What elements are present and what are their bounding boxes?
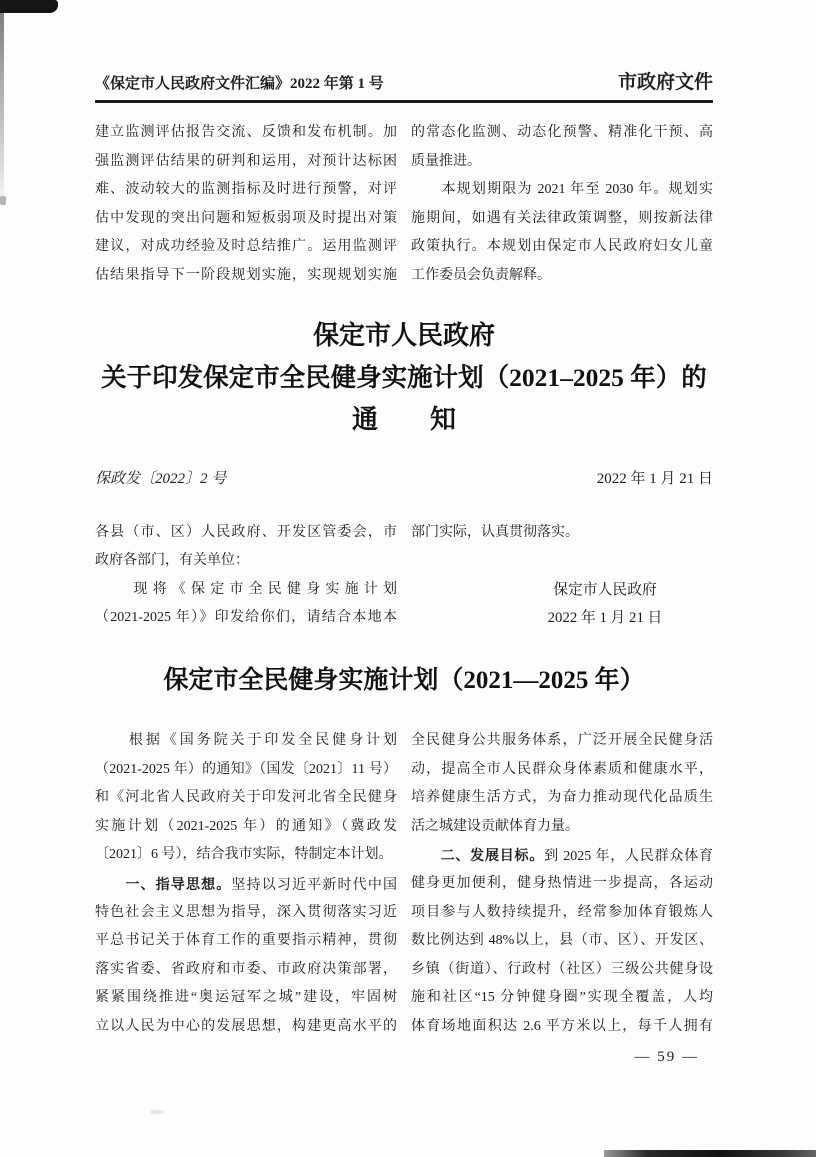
column-left: 建立监测评估报告交流、反馈和发布机制。加强监测评估结果的研判和运用，对预计达标困… [95, 119, 397, 291]
page-number: — 59 — [95, 1049, 713, 1066]
scan-artifact-left-speck [0, 196, 6, 205]
text-line: （2021-2025 年）》印发给你们，请结合本地本 [95, 604, 397, 633]
column-right: 的常态化监测、动态化预警、精准化干预、高质量推进。 本规划期限为 2021 年至… [411, 119, 713, 291]
signature-date: 2022 年 1 月 21 日 [411, 604, 713, 633]
text-line: 体育场地面积达 2.6 平方米以上，每千人拥有 [411, 1013, 713, 1042]
text-line: 全民健身公共服务体系，广泛开展全民健身活 [411, 727, 713, 756]
text-line: 和《河北省人民政府关于印发河北省全民健身 [95, 784, 397, 813]
text-line: 紧紧围绕推进“奥运冠军之城”建设，牢固树 [95, 984, 397, 1013]
notice-body-right-column: 部门实际，认真贯彻落实。 保定市人民政府 2022 年 1 月 21 日 [411, 519, 713, 633]
text-line: 施和社区“15 分钟健身圈”实现全覆盖，人均 [411, 984, 713, 1013]
notice-body-left-column: 各县（市、区）人民政府、开发区管委会，市政府各部门，有关单位： 现将《保定市全民… [95, 519, 397, 633]
text-line: 一、指导思想。坚持以习近平新时代中国 [95, 870, 397, 899]
text-line: 培养健康生活方式，为奋力推动现代化品质生 [411, 784, 713, 813]
plan-body-right-column: 全民健身公共服务体系，广泛开展全民健身活动，提高全市人民群众身体素质和健康水平，… [411, 727, 713, 1042]
doc-meta-row: 保政发〔2022〕2 号 2022 年 1 月 21 日 [95, 469, 713, 489]
notice-title-block: 保定市人民政府 关于印发保定市全民健身实施计划（2021–2025 年）的 通 … [95, 315, 713, 441]
text-line: 健身更加便利，健身热情进一步提高，各运动 [411, 870, 713, 899]
text-line: 项目参与人数持续提升，经常参加体育锻炼人 [411, 899, 713, 928]
header-doc-category: 市政府文件 [618, 72, 713, 94]
header-publication-title: 《保定市人民政府文件汇编》2022 年第 1 号 [95, 74, 384, 94]
text-line: 落实省委、省政府和市委、市政府决策部署， [95, 956, 397, 985]
section-previous-plan-tail: 建立监测评估报告交流、反馈和发布机制。加强监测评估结果的研判和运用，对预计达标困… [95, 119, 713, 291]
doc-date: 2022 年 1 月 21 日 [597, 469, 713, 489]
text-line: 根据《国务院关于印发全民健身计划 [95, 727, 397, 756]
notice-body: 各县（市、区）人民政府、开发区管委会，市政府各部门，有关单位： 现将《保定市全民… [95, 519, 713, 633]
text-line: 估结果指导下一阶段规划实施，实现规划实施 [95, 262, 397, 291]
plan-body-left-column: 根据《国务院关于印发全民健身计划（2021-2025 年）的通知》（国发〔202… [95, 727, 397, 1042]
notice-title-type: 通 知 [95, 399, 713, 441]
text-line: 强监测评估结果的研判和运用，对预计达标困 [95, 148, 397, 177]
document-page: 《保定市人民政府文件汇编》2022 年第 1 号 市政府文件 建立监测评估报告交… [0, 0, 816, 1157]
text-line: 施期间，如遇有关法律政策调整，则按新法律 [411, 205, 713, 234]
doc-number: 保政发〔2022〕2 号 [95, 469, 226, 489]
bold-heading: 一、指导思想。 [95, 876, 231, 892]
text-line: 动，提高全市人民群众身体素质和健康水平， [411, 756, 713, 785]
plan-body: 根据《国务院关于印发全民健身计划（2021-2025 年）的通知》（国发〔202… [95, 727, 713, 1042]
bold-heading: 二、发展目标。 [411, 847, 544, 863]
text-line: 本规划期限为 2021 年至 2030 年。规划实 [411, 176, 713, 205]
text-line: 特色社会主义思想为指导，深入贯彻落实习近 [95, 899, 397, 928]
notice-title-issuer: 保定市人民政府 [95, 315, 713, 357]
text-line: 建立监测评估报告交流、反馈和发布机制。加 [95, 119, 397, 148]
page-content: 《保定市人民政府文件汇编》2022 年第 1 号 市政府文件 建立监测评估报告交… [95, 0, 713, 1066]
signature-issuer: 保定市人民政府 [411, 576, 713, 605]
text-line: 活之城建设贡献体育力量。 [411, 813, 713, 842]
scan-artifact-smudge [150, 1110, 164, 1114]
page-header: 《保定市人民政府文件汇编》2022 年第 1 号 市政府文件 [95, 0, 713, 103]
text-line: 现将《保定市全民健身实施计划 [95, 576, 397, 605]
text-line: 实施计划（2021-2025 年）的通知》（冀政发 [95, 813, 397, 842]
text-line: 的常态化监测、动态化预警、精准化干预、高 [411, 119, 713, 148]
text-line: 平总书记关于体育工作的重要指示精神，贯彻 [95, 927, 397, 956]
text-line: 乡镇（街道）、行政村（社区）三级公共健身设 [411, 956, 713, 985]
notice-title-subject: 关于印发保定市全民健身实施计划（2021–2025 年）的 [95, 357, 713, 399]
plan-title: 保定市全民健身实施计划（2021—2025 年） [95, 661, 713, 701]
text-line: 难、波动较大的监测指标及时进行预警，对评 [95, 176, 397, 205]
text-line: 各县（市、区）人民政府、开发区管委会，市 [95, 519, 397, 548]
text-line: 数比例达到 48%以上，县（市、区）、开发区、 [411, 927, 713, 956]
text-line: 〔2021〕6 号），结合我市实际，特制定本计划。 [95, 841, 397, 870]
text-line: 质量推进。 [411, 148, 713, 177]
text-line: 政府各部门，有关单位： [95, 547, 397, 576]
scan-artifact-corner [0, 0, 58, 13]
text-line: 建议，对成功经验及时总结推广。运用监测评 [95, 233, 397, 262]
text-line: 部门实际，认真贯彻落实。 [411, 519, 713, 548]
text-line: （2021-2025 年）的通知》（国发〔2021〕11 号） [95, 756, 397, 785]
text-line: 二、发展目标。到 2025 年，人民群众体育 [411, 841, 713, 870]
text-line: 估中发现的突出问题和短板弱项及时提出对策 [95, 205, 397, 234]
scan-artifact-bottom-band [604, 1150, 816, 1157]
text-line: 工作委员会负责解释。 [411, 262, 713, 291]
text-line: 政策执行。本规划由保定市人民政府妇女儿童 [411, 233, 713, 262]
text-line: 立以人民为中心的发展思想，构建更高水平的 [95, 1013, 397, 1042]
scan-artifact-left-edge [0, 13, 4, 198]
